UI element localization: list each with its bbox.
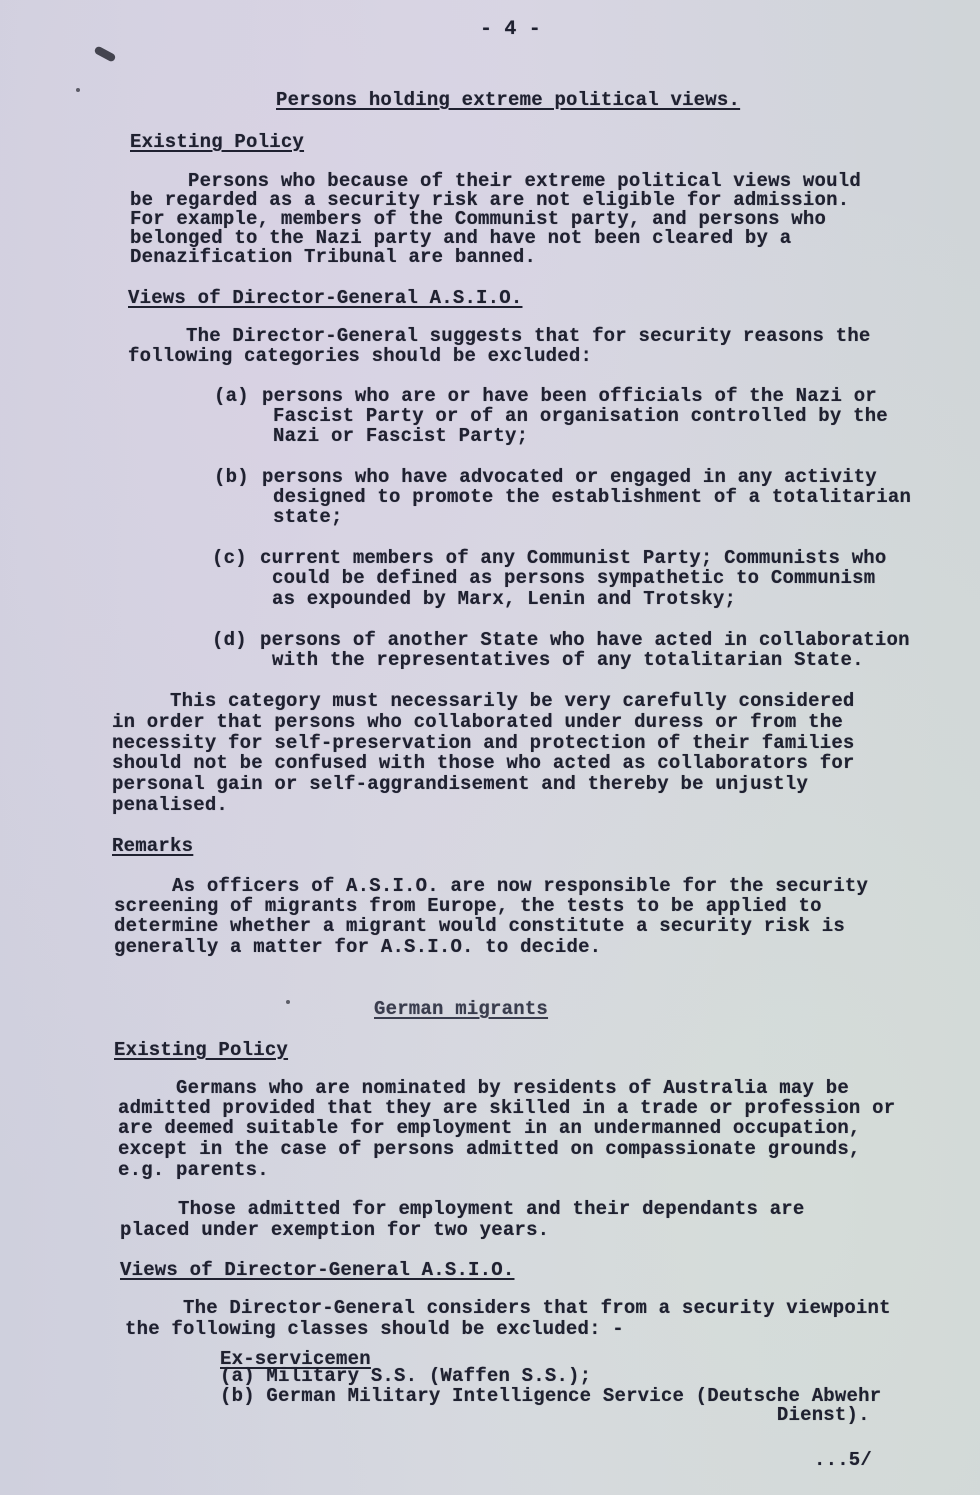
page-number: - 4 - <box>480 20 541 40</box>
list-item: (a) Military S.S. (Waffen S.S.); <box>220 1366 591 1386</box>
heading-views-director-general: Views of Director-General A.S.I.O. <box>128 288 522 308</box>
continuation-marker: ...5/ <box>814 1450 872 1470</box>
document-page: - 4 - Persons holding extreme political … <box>0 0 980 1495</box>
heading-existing-policy-german: Existing Policy <box>114 1040 288 1060</box>
section-title-extreme-political-views: Persons holding extreme political views. <box>276 90 740 110</box>
heading-views-director-general-german: Views of Director-General A.S.I.O. <box>120 1260 514 1280</box>
heading-remarks: Remarks <box>112 836 193 856</box>
list-item: Dienst). <box>220 1405 870 1425</box>
heading-existing-policy: Existing Policy <box>130 132 304 152</box>
ink-smudge <box>93 45 116 62</box>
ink-speck <box>286 1000 290 1004</box>
section-title-german-migrants: German migrants <box>374 999 548 1019</box>
ink-speck <box>76 88 80 92</box>
